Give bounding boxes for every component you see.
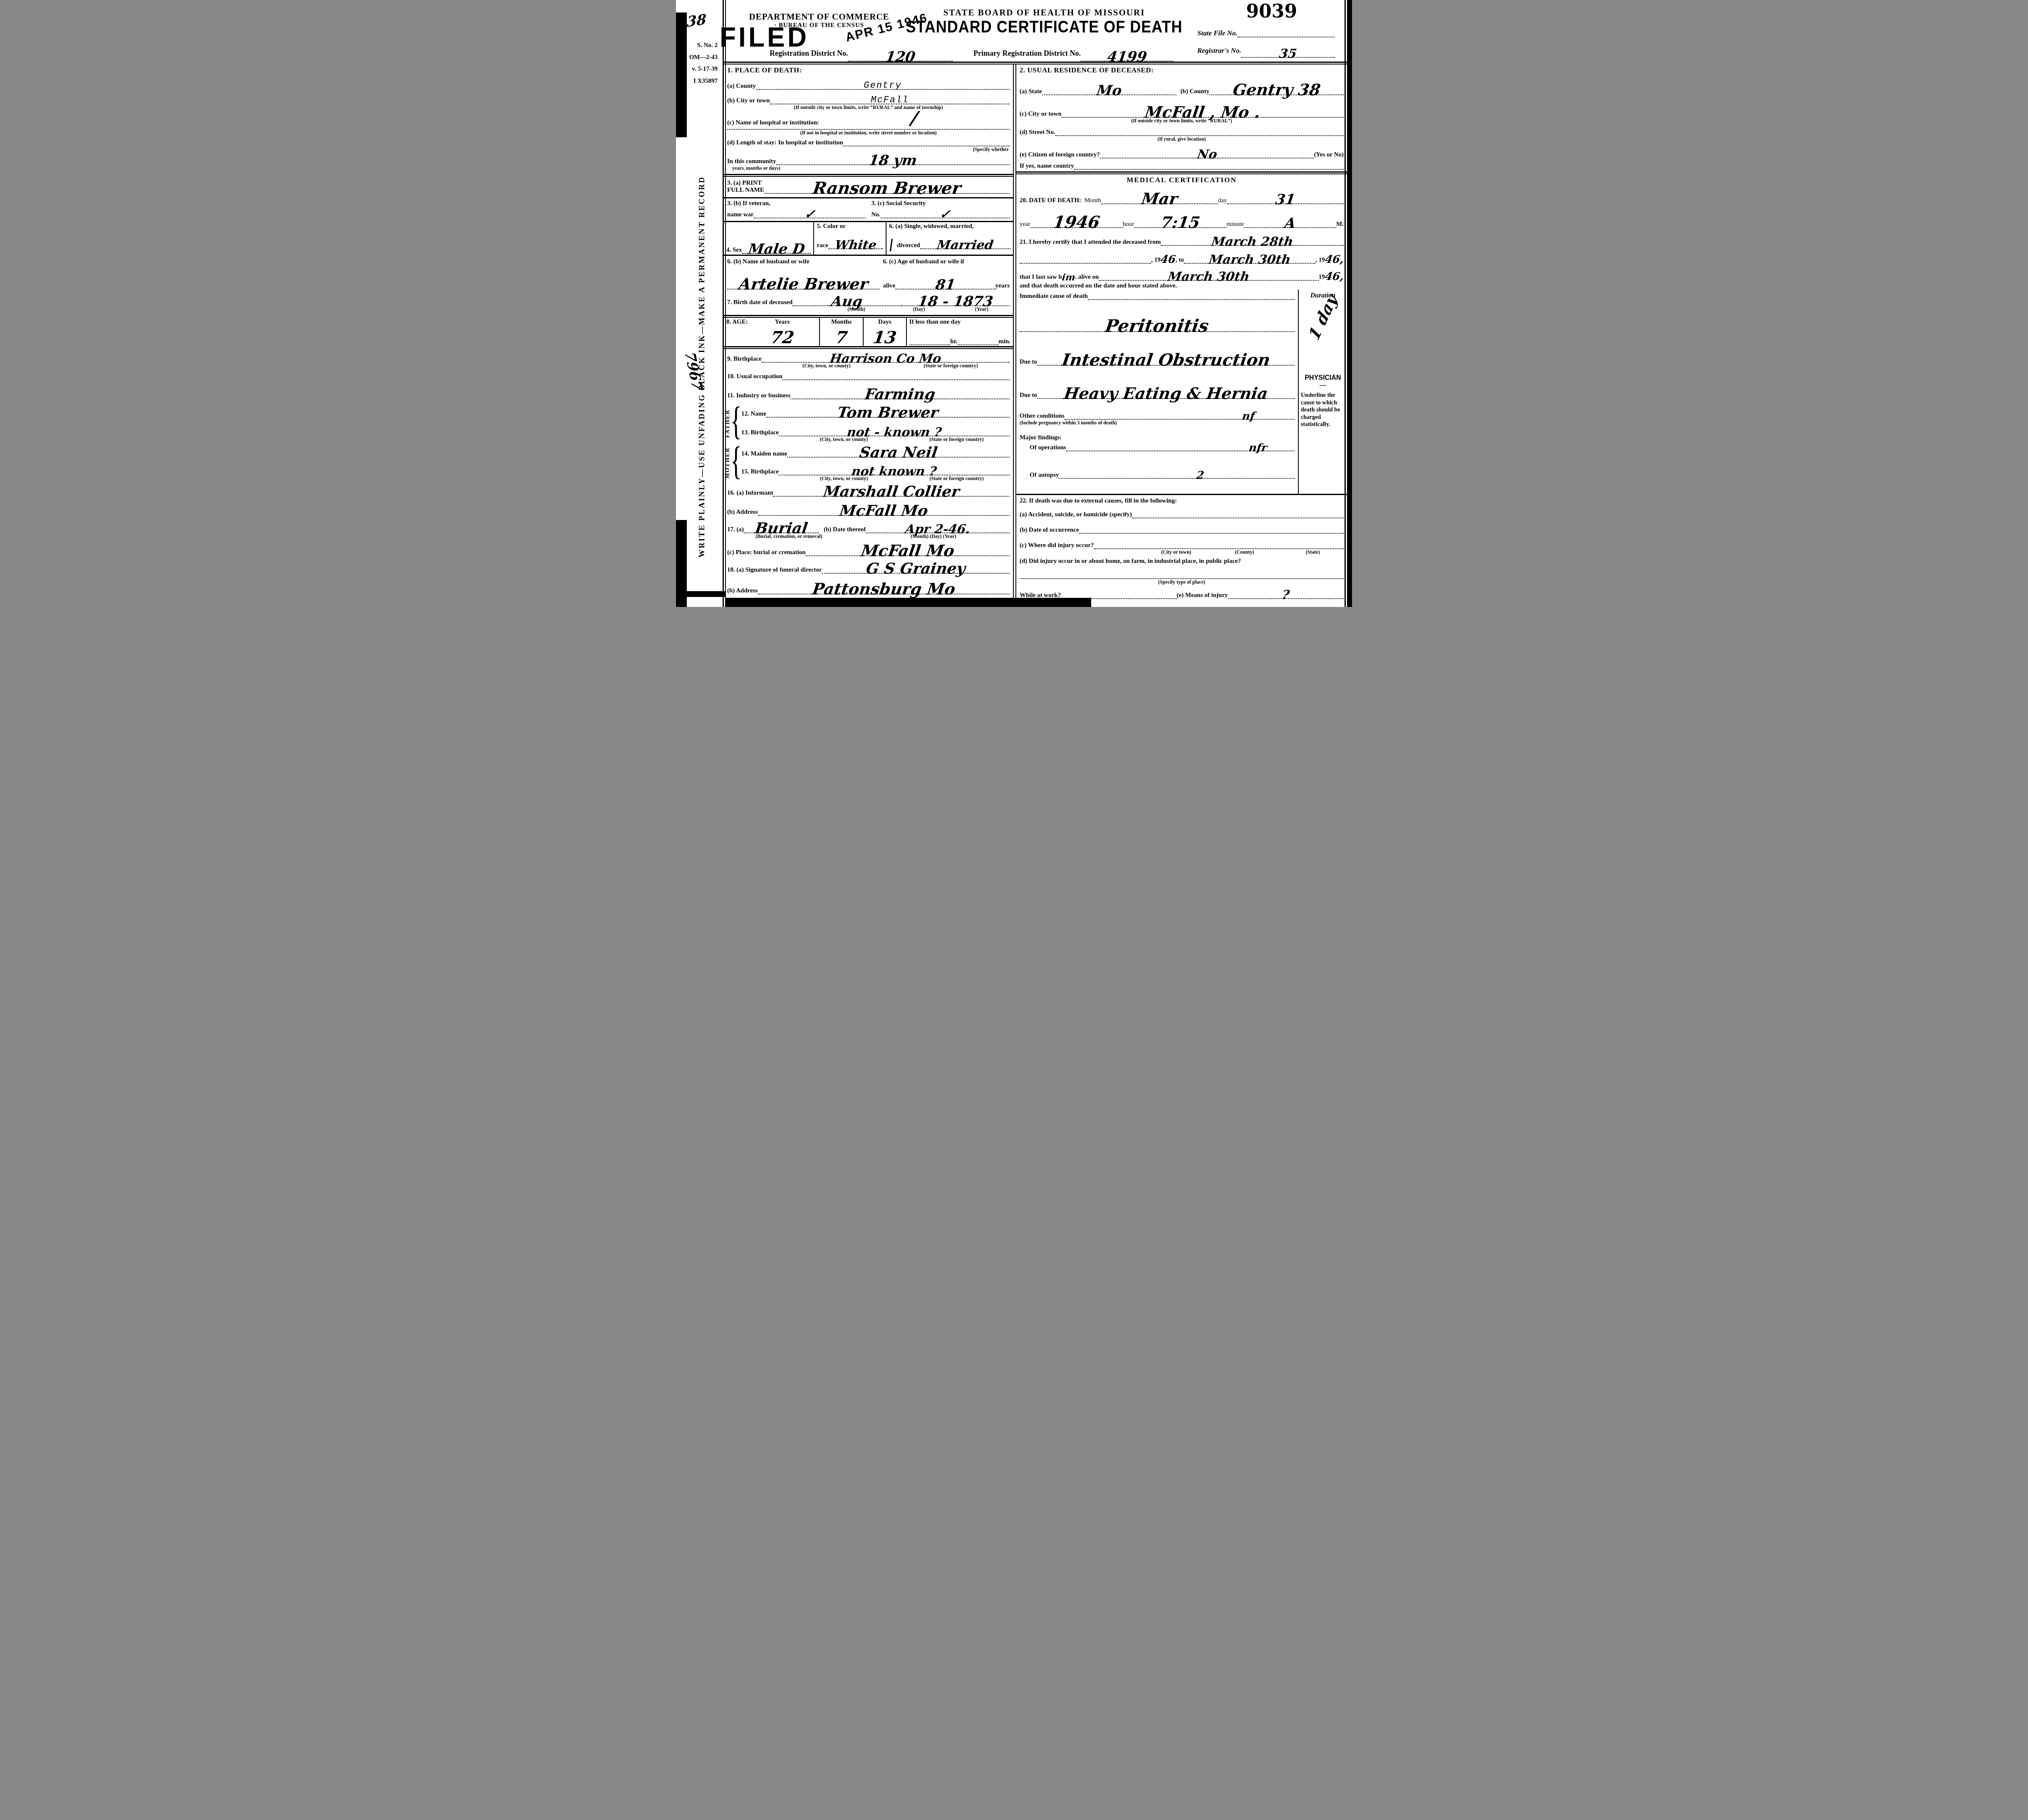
race-line: White <box>828 238 883 249</box>
birthdate-month-value: Aug <box>830 297 863 307</box>
accident-line <box>1132 515 1344 518</box>
age-years-cell: 8. AGE: Years 72 <box>724 318 819 346</box>
spouse-age-years-label: years <box>995 282 1010 290</box>
date-thereof-label: (b) Date thereof <box>824 526 866 533</box>
spouse-age-line: 81 <box>895 277 995 290</box>
certify-to-line: March 30th <box>1184 253 1315 264</box>
birthdate-dayyear-value: 18 - 1873 <box>917 297 993 307</box>
spouse-age-label-1: 6. (c) Age of husband or wife if <box>883 258 1013 265</box>
mother-birthplace-line: not known ? <box>779 464 1010 475</box>
marital-label-2: divorced <box>897 242 920 249</box>
birthdate-dayyear-line: 18 - 1873 <box>901 294 1010 306</box>
industry-line: Farming <box>790 386 1010 399</box>
dod-month-value: Mar <box>1141 193 1179 205</box>
spouse-name-line: Artelie Brewer <box>727 275 879 290</box>
other-conditions-note: (Include pregnancy within 3 months of de… <box>1016 420 1298 426</box>
res-city-value: McFall , Mo . <box>1144 106 1261 119</box>
autopsy-label: Of autopsy <box>1020 472 1059 479</box>
age-months-cell: Months 7 <box>819 318 862 346</box>
birthdate-label: 7. Birth date of deceased <box>727 299 792 306</box>
registrar-no-line: 35 <box>1241 47 1335 58</box>
occurrence-label: (b) Date of occurrence <box>1020 527 1079 534</box>
informant-value: Marshall Collier <box>822 486 960 498</box>
form-line: S. No. 2 <box>676 40 718 52</box>
ssn-check: ✓ <box>939 210 951 220</box>
res-county-value: Gentry 38 <box>1232 84 1321 96</box>
county-line: Gentry <box>756 79 1010 90</box>
industry-value: Farming <box>864 389 936 400</box>
right-column: 2. USUAL RESIDENCE OF DECEASED: (a) Stat… <box>1016 64 1347 607</box>
hospital-value: / <box>910 111 919 125</box>
informant-address-value: McFall Mo <box>839 505 929 517</box>
due2-value: Heavy Eating & Hernia <box>1063 388 1268 400</box>
sex-cell: 4. Sex Male D <box>724 222 813 255</box>
father-brace: { <box>730 399 742 444</box>
where-injury-label: (c) Where did injury occur? <box>1020 542 1094 549</box>
age-days-header: Days <box>866 319 904 326</box>
citizen-value: No <box>1196 150 1218 160</box>
registrar-no-label: Registrar's No. <box>1197 47 1241 58</box>
reg-district-value: 120 <box>885 52 916 63</box>
due1-line: Intestinal Obstruction <box>1037 351 1295 366</box>
death-certificate-scan: S. No. 2 OM—2-43 v. 5-17-39 I X35897 38 … <box>676 0 1352 607</box>
burial-label: 17. (a) <box>727 526 744 533</box>
certify-y2: 46, <box>1324 256 1344 264</box>
dod-year-value: 1946 <box>1052 216 1101 229</box>
duration-value: 1 day <box>1308 292 1338 342</box>
major-findings-label: Major findings: <box>1020 434 1062 441</box>
medical-certification: MEDICAL CERTIFICATION 20. DATE OF DEATH:… <box>1016 174 1347 607</box>
due2-label: Due to <box>1020 392 1037 399</box>
print-name-label-1: 3. (a) PRINT <box>727 180 762 187</box>
mother-birthplace-label: 15. Birthplace <box>741 468 779 475</box>
due1-label: Due to <box>1020 359 1037 366</box>
burial-line: Burial <box>744 520 819 533</box>
section-1-title: 1. PLACE OF DEATH: <box>724 64 1013 74</box>
race-cell: 5. Color or race White <box>813 222 886 255</box>
section-17-burial: 17. (a) Burial (b) Date thereof Apr 2-46… <box>724 520 1013 556</box>
dod-m-label: M. <box>1336 221 1344 228</box>
autopsy-value: 2 <box>1196 472 1205 480</box>
column-divider <box>1013 64 1016 607</box>
certify-line3: and that death occurred on the date and … <box>1020 282 1177 290</box>
sex-value: Male D <box>748 244 805 255</box>
immediate-cause-value: Peritonitis <box>1104 319 1210 333</box>
physician-instruction: Underline the cause to which death shoul… <box>1299 389 1347 428</box>
injury-note-county: (County) <box>1210 549 1278 555</box>
accident-label: (a) Accident, suicide, or homicide (spec… <box>1020 511 1132 518</box>
form-line: I X35897 <box>676 75 718 87</box>
full-name-value: Ransom Brewer <box>812 182 962 195</box>
section-3bc-veteran-ssn: 3. (b) If veteran, name war ✓ 3. (c) Soc… <box>724 198 1013 218</box>
father-name-value: Tom Brewer <box>837 407 939 418</box>
funeral-director-line: G S Grainey <box>822 560 1010 574</box>
length-stay-label: (d) Length of stay: In hospital or insti… <box>727 139 843 146</box>
immediate-cause-line1 <box>1088 297 1295 300</box>
occupation-line <box>782 377 1010 380</box>
means-injury-label: (e) Means of injury <box>1177 592 1228 599</box>
date-thereof-line: Apr 2-46. <box>866 522 1010 533</box>
injury-note-city: (City or town) <box>1142 549 1210 555</box>
operations-value: nfr <box>1248 444 1268 453</box>
header: DEPARTMENT OF COMMERCE · BUREAU OF THE C… <box>724 0 1347 62</box>
mother-brace: { <box>730 438 742 484</box>
father-name-label: 12. Name <box>741 411 766 418</box>
operations-line: nfr <box>1066 441 1295 451</box>
left-column: 1. PLACE OF DEATH: (a) County Gentry (b)… <box>724 64 1013 607</box>
certify-fill-line <box>1020 260 1151 264</box>
form-line: v. 5-17-39 <box>676 63 718 75</box>
where-injury-line <box>1094 546 1344 549</box>
duration-physician-sidebar: Duration 1 day PHYSICIAN — Underline the… <box>1298 290 1347 494</box>
injury-note-state: (State) <box>1279 549 1347 555</box>
ssn-line: ✓ <box>881 207 1010 218</box>
community-line: 18 ym <box>776 153 1010 165</box>
birthplace-line: Harrison Co Mo <box>762 352 1010 363</box>
print-name-label: 3. (a) PRINT FULL NAME <box>727 180 764 194</box>
hr-line <box>909 342 951 345</box>
father-birthplace-line: not - known ? <box>779 425 1010 436</box>
community-value: 18 ym <box>868 156 917 166</box>
section-2-residence: 2. USUAL RESIDENCE OF DECEASED: (a) Stat… <box>1016 64 1347 170</box>
marital-value: Married <box>936 241 994 250</box>
certificate-number: 9039 <box>1246 1 1297 22</box>
reg-district-line: 120 <box>848 49 953 62</box>
veteran-label: 3. (b) If veteran, <box>727 200 866 207</box>
min-line <box>958 342 999 345</box>
sex-line: Male D <box>742 241 811 254</box>
citizen-line: No <box>1100 147 1314 158</box>
birthdate-month-line: Aug <box>792 294 901 306</box>
lastsaw-him: im <box>1062 274 1076 281</box>
county-value: Gentry <box>864 80 901 91</box>
spouse-age-label-2: alive <box>883 282 895 290</box>
burial-value: Burial <box>754 523 808 534</box>
birthplace-value: Harrison Co Mo <box>829 354 942 364</box>
immediate-cause-line2: Peritonitis <box>1020 317 1295 332</box>
informant-line: Marshall Collier <box>773 483 1010 497</box>
burial-place-label: (c) Place: burial or cremation <box>727 549 806 556</box>
street-label: (d) Street No. <box>1020 129 1055 136</box>
form-line: OM—2-43 <box>676 52 718 64</box>
section-3a-name: 3. (a) PRINT FULL NAME Ransom Brewer <box>724 177 1013 194</box>
spouse-name-value: Artelie Brewer <box>738 278 869 290</box>
citizen-label: (e) Citizen of foreign country? <box>1020 151 1100 158</box>
dod-hour-value: 7:15 <box>1160 217 1201 229</box>
certify-from-line: March 28th <box>1161 235 1344 246</box>
birthplace-label: 9. Birthplace <box>727 356 762 363</box>
dod-day-line: 31 <box>1227 192 1344 204</box>
funeral-address-value: Pattonsburg Mo <box>812 583 956 595</box>
certify-y2-pre: , 19 <box>1315 257 1325 264</box>
min-label: min. <box>998 338 1010 345</box>
age-label: 8. AGE: <box>726 319 748 345</box>
father-birthplace-value: not - known ? <box>846 428 942 438</box>
dod-minute-value: A <box>1284 218 1296 229</box>
certify-line1: 21. I hereby certify that I attended the… <box>1020 239 1161 246</box>
father-name-line: Tom Brewer <box>766 404 1010 418</box>
margin-instruction: WRITE PLAINLY—USE UNFADING BLACK INK—MAK… <box>698 67 707 557</box>
section-18-funeral-director: 18. (a) Signature of funeral director G … <box>724 560 1013 594</box>
certify-to-value: March 30th <box>1208 255 1291 265</box>
mother-birthplace-value: not known ? <box>851 467 938 477</box>
veteran-line: ✓ <box>754 207 866 218</box>
funeral-address-line: Pattonsburg Mo <box>758 580 1010 594</box>
race-value: White <box>834 241 877 250</box>
ssn-no-label: No. <box>872 211 881 218</box>
certificate: DEPARTMENT OF COMMERCE · BUREAU OF THE C… <box>723 0 1347 607</box>
hospital-line <box>727 126 1010 130</box>
marital-cell: 6. (a) Single, widowed, married, | divor… <box>886 222 1013 255</box>
means-injury-line: ? <box>1228 588 1344 599</box>
section-2-title: 2. USUAL RESIDENCE OF DECEASED: <box>1016 64 1347 74</box>
medical-title: MEDICAL CERTIFICATION <box>1016 174 1347 184</box>
father-block: FATHER { 12. Name Tom Brewer 13. Birthpl… <box>724 404 1013 443</box>
res-county-line: Gentry 38 <box>1209 81 1344 95</box>
veteran-check: ✓ <box>804 210 815 220</box>
dod-month-label: Month <box>1085 197 1101 204</box>
autopsy-line: 2 <box>1059 469 1295 479</box>
other-conditions-label: Other conditions <box>1020 413 1065 420</box>
scan-right-edge <box>1347 0 1352 607</box>
registrar-no-value: 35 <box>1278 50 1297 59</box>
section-456-cells: 4. Sex Male D 5. Color or race White 6. … <box>724 222 1013 255</box>
certify-y1: 46 <box>1160 256 1176 264</box>
physician-label: PHYSICIAN <box>1299 374 1347 382</box>
due1-value: Intestinal Obstruction <box>1061 354 1271 366</box>
full-name-line: Ransom Brewer <box>764 179 1010 194</box>
race-label-1: 5. Color or <box>817 223 883 230</box>
reg-district-label: Registration District No. <box>770 49 848 62</box>
state-file-line <box>1238 29 1335 37</box>
marital-stray-mark: | <box>889 240 894 250</box>
lastsaw-label-b: . alive on <box>1075 274 1099 281</box>
lastsaw-line: March 30th <box>1099 270 1318 281</box>
if-yes-line <box>1074 166 1344 170</box>
name-war-label: name war <box>727 211 754 218</box>
left-margin: S. No. 2 OM—2-43 v. 5-17-39 I X35897 38 … <box>676 0 723 607</box>
section-22-external: 22. If death was due to external causes,… <box>1016 498 1347 599</box>
city-note: (If outside city or town limits, write “… <box>724 104 1013 111</box>
section-1-place-of-death: 1. PLACE OF DEATH: (a) County Gentry (b)… <box>724 64 1013 171</box>
dod-minute-label: minute <box>1226 221 1244 228</box>
date-of-death-row: 20. DATE OF DEATH: Month Mar day 31 <box>1016 190 1347 204</box>
city-label: (b) City or town <box>727 97 770 104</box>
injury-home-line <box>1020 576 1344 579</box>
date-thereof-value: Apr 2-46. <box>905 525 971 535</box>
res-city-label: (c) City or town <box>1020 111 1062 118</box>
age-days-value: 13 <box>872 332 897 344</box>
res-county-label: (b) County <box>1181 88 1210 95</box>
dod-hour-line: 7:15 <box>1134 214 1226 228</box>
other-conditions-value: nf <box>1242 413 1255 421</box>
citizen-note: (Yes or No) <box>1314 151 1344 158</box>
burial-place-value: McFall Mo <box>860 545 955 557</box>
funeral-address-label: (b) Address <box>727 587 758 594</box>
section-6bc-spouse: 6. (b) Name of husband or wife Artelie B… <box>724 256 1013 290</box>
handwritten-38: 38 <box>687 15 707 28</box>
dod-year-line: 1946 <box>1030 213 1123 228</box>
cause-of-death-block: Immediate cause of death Peritonitis Due… <box>1016 290 1347 494</box>
injury-place-note: (Specify type of place) <box>1016 579 1347 585</box>
street-note: (If rural, give location) <box>1016 136 1347 142</box>
informant-address-label: (b) Address <box>727 509 758 516</box>
county-label: (a) County <box>727 83 756 90</box>
informant-address-line: McFall Mo <box>758 503 1010 516</box>
community-label: In this community <box>727 158 776 165</box>
dod-month-line: Mar <box>1101 190 1218 204</box>
operations-label: Of operations <box>1020 444 1066 451</box>
hospital-note: (If not in hospital or institution, writ… <box>724 130 1013 136</box>
filed-stamp: FILED <box>720 21 809 53</box>
funeral-director-label: 18. (a) Signature of funeral director <box>727 567 822 574</box>
age-less-cell: If less than one day hr. min. <box>906 318 1013 346</box>
state-line: Mo <box>1042 83 1176 95</box>
section-7-birthdate: 7. Birth date of deceased Aug 18 - 1873 … <box>724 294 1013 312</box>
primary-district-line: 4199 <box>1081 49 1173 62</box>
means-injury-value: ? <box>1281 591 1290 600</box>
dod-label: 20. DATE OF DEATH: <box>1020 197 1081 204</box>
funeral-director-value: G S Grainey <box>865 563 966 574</box>
print-name-label-2: FULL NAME <box>727 187 764 194</box>
section-8-age: 8. AGE: Years 72 Months 7 Days 13 <box>724 318 1013 346</box>
if-yes-label: If yes, name country <box>1020 163 1074 170</box>
ssn-label: 3. (c) Social Security <box>872 200 1010 207</box>
age-less-header: If less than one day <box>909 319 1010 326</box>
age-months-header: Months <box>822 319 860 326</box>
city-value: McFall <box>871 95 909 105</box>
lastsaw-y3-pre: 19 <box>1319 274 1325 281</box>
mother-name-line: Sara Neil <box>787 444 1010 458</box>
section-16-informant: 16. (a) Informant Marshall Collier (b) A… <box>724 483 1013 516</box>
mother-name-value: Sara Neil <box>859 447 938 458</box>
physician-dash: — <box>1299 382 1347 389</box>
dod-year-label: year <box>1020 221 1030 228</box>
father-birthplace-label: 13. Birthplace <box>741 429 779 436</box>
hospital-label: (c) Name of hospital or institution: <box>727 119 819 126</box>
section-9-birthplace: 9. Birthplace Harrison Co Mo (City, town… <box>724 352 1013 399</box>
length-stay-line <box>843 143 1010 146</box>
specify-note: (Specify whether <box>724 146 1013 153</box>
city-line: McFall <box>770 93 1010 104</box>
form-number-lines: S. No. 2 OM—2-43 v. 5-17-39 I X35897 <box>676 40 718 87</box>
certify-from-value: March 28th <box>1211 238 1294 247</box>
street-line <box>1055 133 1344 136</box>
burial-place-line: McFall Mo <box>806 542 1010 556</box>
due2-line: Heavy Eating & Hernia <box>1037 385 1295 399</box>
lastsaw-y3: 46, <box>1324 273 1344 281</box>
scan-bottom-bar-left <box>676 591 725 597</box>
dod-hour-label: hour <box>1123 221 1134 228</box>
primary-district-value: 4199 <box>1107 52 1147 63</box>
age-months-value: 7 <box>834 332 848 344</box>
primary-district-label: Primary Registration District No. <box>973 49 1081 62</box>
dod-day-value: 31 <box>1275 195 1296 206</box>
marital-line: Married <box>920 238 1010 249</box>
other-conditions-line: nf <box>1065 410 1295 420</box>
mother-block: MOTHER { 14. Maiden name Sara Neil 15. B… <box>724 444 1013 482</box>
informant-label: 16. (a) Informant <box>727 490 773 497</box>
state-value: Mo <box>1096 86 1122 97</box>
immediate-cause-label: Immediate cause of death <box>1020 293 1088 300</box>
lastsaw-label: that I last saw h <box>1020 274 1062 281</box>
certify-to-label: , to <box>1176 257 1184 264</box>
res-city-line: McFall , Mo . <box>1062 104 1344 118</box>
race-label-2: race <box>817 242 828 249</box>
occupation-label: 10. Usual occupation <box>727 373 782 380</box>
age-days-cell: Days 13 <box>863 318 906 346</box>
certificate-title: STANDARD CERTIFICATE OF DEATH <box>903 17 1186 37</box>
scan-bottom-bar <box>725 598 1091 607</box>
certify-y1-pre: , 19 <box>1151 257 1161 264</box>
mother-name-label: 14. Maiden name <box>741 451 787 458</box>
state-label: (a) State <box>1020 88 1042 95</box>
injury-home-label: (d) Did injury occur in or about home, o… <box>1020 558 1241 565</box>
lastsaw-value: March 30th <box>1167 272 1250 282</box>
spouse-name-label: 6. (b) Name of husband or wife <box>727 258 810 265</box>
marital-label-1: 6. (a) Single, widowed, married, <box>889 223 1010 230</box>
s22-title: 22. If death was due to external causes,… <box>1020 498 1177 505</box>
dod-day-label: day <box>1218 197 1227 204</box>
state-file-label: State File No. <box>1197 29 1238 37</box>
age-years-value: 72 <box>770 332 795 344</box>
occurrence-line <box>1079 530 1344 534</box>
sex-label: 4. Sex <box>726 247 742 254</box>
hr-label: hr. <box>950 338 957 345</box>
dod-minute-line: A <box>1244 215 1336 228</box>
spouse-age-value: 81 <box>935 280 956 291</box>
age-years-header: Years <box>748 319 817 326</box>
